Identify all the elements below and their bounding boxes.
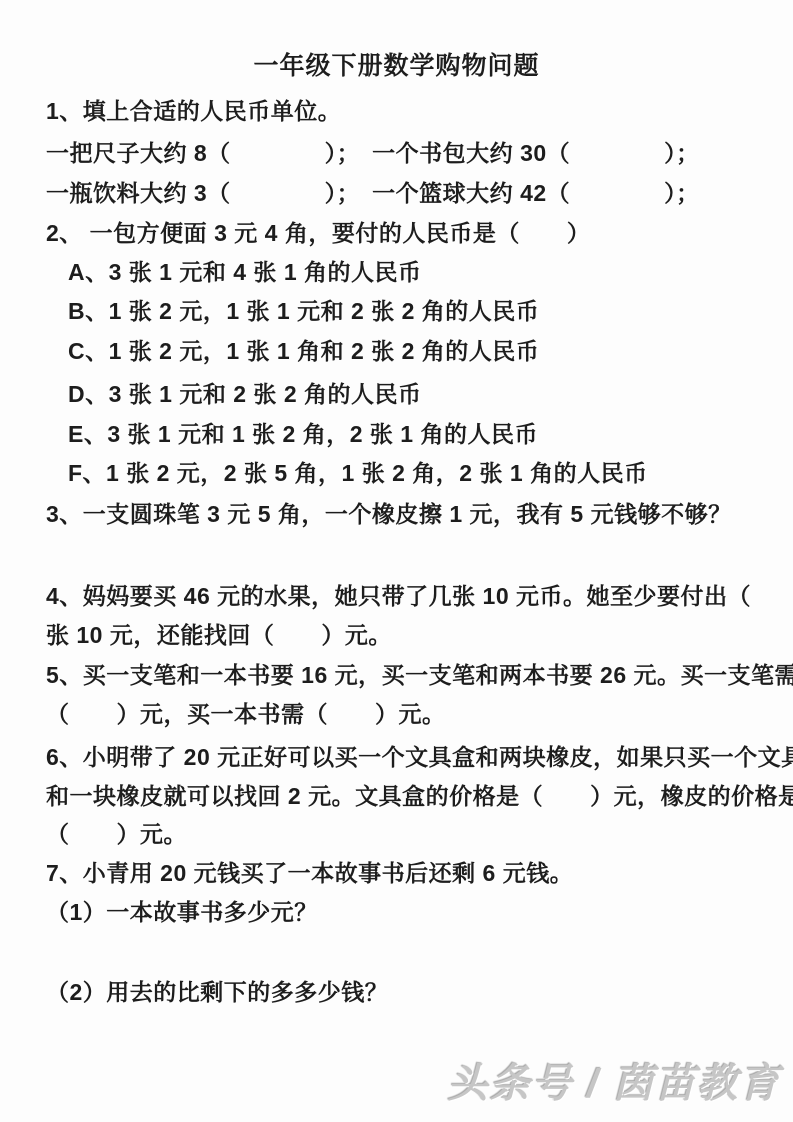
q6-line1: 6、小明带了 20 元正好可以买一个文具盒和两块橡皮，如果只买一个文具盒: [46, 746, 793, 769]
q2-option-c: C、1 张 2 元，1 张 1 角和 2 张 2 角的人民币: [68, 340, 539, 363]
q1-heading: 1、填上合适的人民币单位。: [46, 100, 341, 123]
q2-option-b: B、1 张 2 元，1 张 1 元和 2 张 2 角的人民币: [68, 300, 539, 323]
q3-heading: 3、一支圆珠笔 3 元 5 角，一个橡皮擦 1 元，我有 5 元钱够不够？: [46, 503, 732, 526]
q7-heading: 7、小青用 20 元钱买了一本故事书后还剩 6 元钱。: [46, 862, 573, 885]
watermark: 头条号 / 茵苗教育: [448, 1052, 781, 1109]
q5-line2: （ ）元，买一本书需（ ）元。: [46, 703, 446, 726]
q7-sub1: （1）一本故事书多少元？: [46, 901, 318, 924]
q4-line1: 4、妈妈要买 46 元的水果，她只带了几张 10 元币。她至少要付出（ ）: [46, 585, 793, 608]
q5-line1: 5、买一支笔和一本书要 16 元，买一支笔和两本书要 26 元。买一支笔需要: [46, 664, 793, 687]
q2-option-a: A、3 张 1 元和 4 张 1 角的人民币: [68, 261, 422, 284]
q4-line2: 张 10 元，还能找回（ ）元。: [46, 624, 392, 647]
page-title: 一年级下册数学购物问题: [0, 54, 793, 79]
q6-line2: 和一块橡皮就可以找回 2 元。文具盒的价格是（ ）元，橡皮的价格是: [46, 785, 793, 808]
q1-row2: 一瓶饮料大约 3（ ）； 一个篮球大约 42（ ）；: [46, 182, 700, 205]
q2-option-e: E、3 张 1 元和 1 张 2 角，2 张 1 角的人民币: [68, 423, 538, 446]
q2-option-d: D、3 张 1 元和 2 张 2 角的人民币: [68, 383, 422, 406]
q2-option-f: F、1 张 2 元，2 张 5 角，1 张 2 角，2 张 1 角的人民币: [68, 462, 648, 485]
q1-row1: 一把尺子大约 8（ ）； 一个书包大约 30（ ）；: [46, 142, 700, 165]
q6-line3: （ ）元。: [46, 823, 187, 846]
q2-heading: 2、 一包方便面 3 元 4 角，要付的人民币是（ ）: [46, 222, 590, 245]
q7-sub2: （2）用去的比剩下的多多少钱？: [46, 981, 388, 1004]
worksheet-page: 一年级下册数学购物问题 1、填上合适的人民币单位。 一把尺子大约 8（ ）； 一…: [0, 0, 793, 1122]
